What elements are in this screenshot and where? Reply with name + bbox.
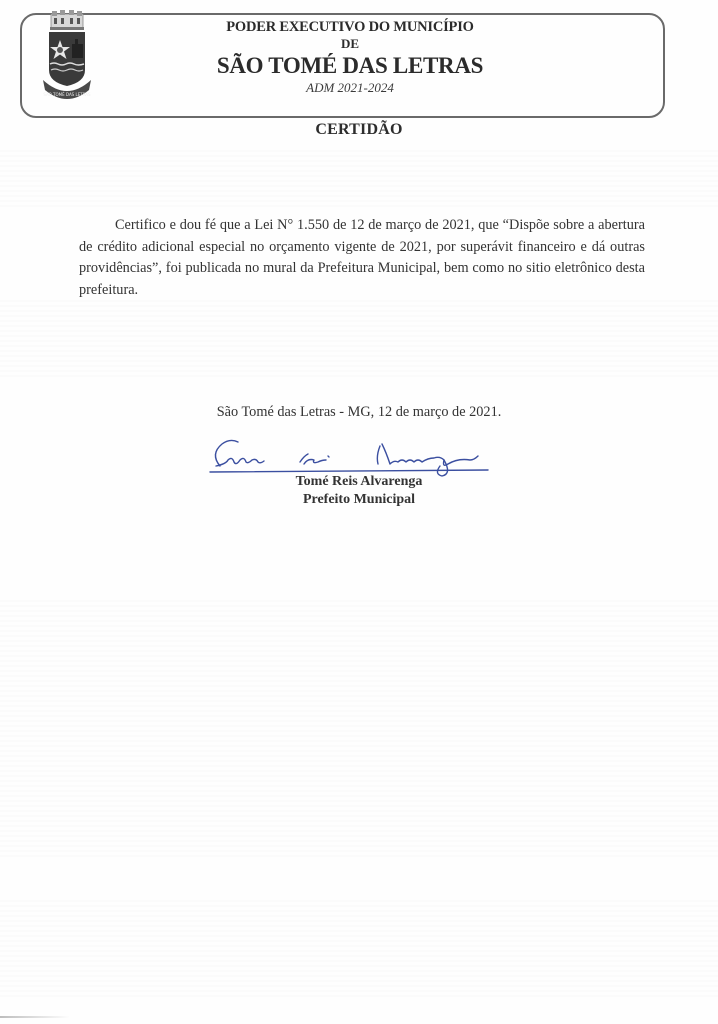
- executive-power-heading: PODER EXECUTIVO DO MUNICÍPIO: [120, 18, 580, 36]
- coat-of-arms-icon: SÃO TOMÉ DAS LETRAS: [42, 10, 92, 108]
- certificate-body-text: Certifico e dou fé que a Lei N° 1.550 de…: [79, 217, 645, 298]
- municipality-name: SÃO TOMÉ DAS LETRAS: [120, 52, 580, 80]
- svg-text:SÃO TOMÉ DAS LETRAS: SÃO TOMÉ DAS LETRAS: [43, 92, 91, 97]
- scan-edge-shadow: [0, 1016, 70, 1018]
- bleed-through-texture: [0, 300, 718, 380]
- letterhead: PODER EXECUTIVO DO MUNICÍPIO DE SÃO TOMÉ…: [120, 18, 580, 96]
- signer-role: Prefeito Municipal: [186, 491, 532, 509]
- signer-name: Tomé Reis Alvarenga: [186, 473, 532, 491]
- bleed-through-texture: [0, 600, 718, 860]
- administration-term: ADM 2021-2024: [120, 80, 580, 96]
- certificate-body: Certifico e dou fé que a Lei N° 1.550 de…: [79, 215, 645, 301]
- document-title: CERTIDÃO: [0, 121, 718, 139]
- bleed-through-texture: [0, 900, 718, 1000]
- heading-de: DE: [120, 36, 580, 52]
- document-page: SÃO TOMÉ DAS LETRAS PODER EXECUTIVO DO M…: [0, 0, 718, 1024]
- place-and-date: São Tomé das Letras - MG, 12 de março de…: [0, 404, 718, 421]
- bleed-through-texture: [0, 150, 718, 210]
